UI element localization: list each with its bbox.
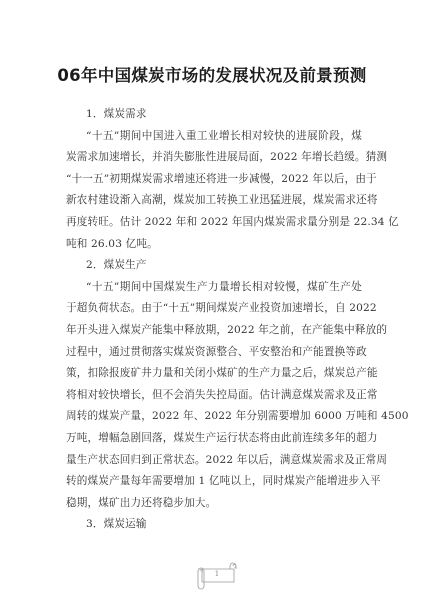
paragraph-line: 吨和 26.03 亿吨。 (66, 234, 362, 256)
page-number: 1 (194, 570, 240, 578)
paragraph-line: 将相对较快增长，但不会消失失控局面。估计满意煤炭需求及正常 (66, 385, 362, 407)
paragraph-line: 再度转旺。估计 2022 年和 2022 年国内煤炭需求量分别是 22.34 亿 (66, 212, 362, 234)
section-heading: 3．煤炭运输 (66, 514, 362, 536)
section-heading: 1．煤炭需求 (66, 104, 362, 126)
paragraph-line: 年开头进入煤炭产能集中释放期，2022 年之前，在产能集中释放的 (66, 320, 362, 342)
document-body: 1．煤炭需求 “十五”期间中国进入重工业增长相对较快的进展阶段，煤 炭需求加速增… (66, 104, 362, 536)
paragraph-line: 稳期，煤矿出力还将稳步加大。 (66, 493, 362, 515)
paragraph-line: “十五”期间中国进入重工业增长相对较快的进展阶段，煤 (66, 126, 362, 148)
paragraph-line: 转的煤炭产量每年需要增加 1 亿吨以上，同时煤炭产能增进步入平 (66, 471, 362, 493)
paragraph-line: 于超负荷状态。由于“十五”期间煤炭产业投资加速增长，自 2022 (66, 298, 362, 320)
paragraph-line: 新农村建设渐入高潮，煤炭加工转换工业迅猛进展，煤炭需求还将 (66, 190, 362, 212)
paragraph-line: “十五”期间中国煤炭生产力量增长相对较慢，煤矿生产处 (66, 277, 362, 299)
paragraph-line: 周转的煤炭产量，2022 年、2022 年分别需要增加 6000 万吨和 450… (66, 406, 362, 428)
document-title: 06年中国煤炭市场的发展状况及前景预测 (0, 62, 424, 86)
paragraph-line: 万吨，增幅急剧回落，煤炭生产运行状态将由此前连续多年的超力 (66, 428, 362, 450)
page-footer: 1 (194, 562, 240, 590)
document-page: 06年中国煤炭市场的发展状况及前景预测 1．煤炭需求 “十五”期间中国进入重工业… (0, 0, 424, 600)
paragraph-line: “十一五”初期煤炭需求增速还将进一步减慢，2022 年以后，由于 (66, 169, 362, 191)
section-heading: 2．煤炭生产 (66, 255, 362, 277)
paragraph-line: 炭需求加速增长，并消失膨胀性进展局面，2022 年增长趋缓。猜测 (66, 147, 362, 169)
paragraph-line: 过程中，通过贯彻落实煤炭资源整合、平安整治和产能置换等政 (66, 342, 362, 364)
paragraph-line: 量生产状态回归到正常状态。2022 年以后，满意煤炭需求及正常周 (66, 450, 362, 472)
paragraph-line: 策，扣除报废矿井力量和关闭小煤矿的生产力量之后，煤炭总产能 (66, 363, 362, 385)
